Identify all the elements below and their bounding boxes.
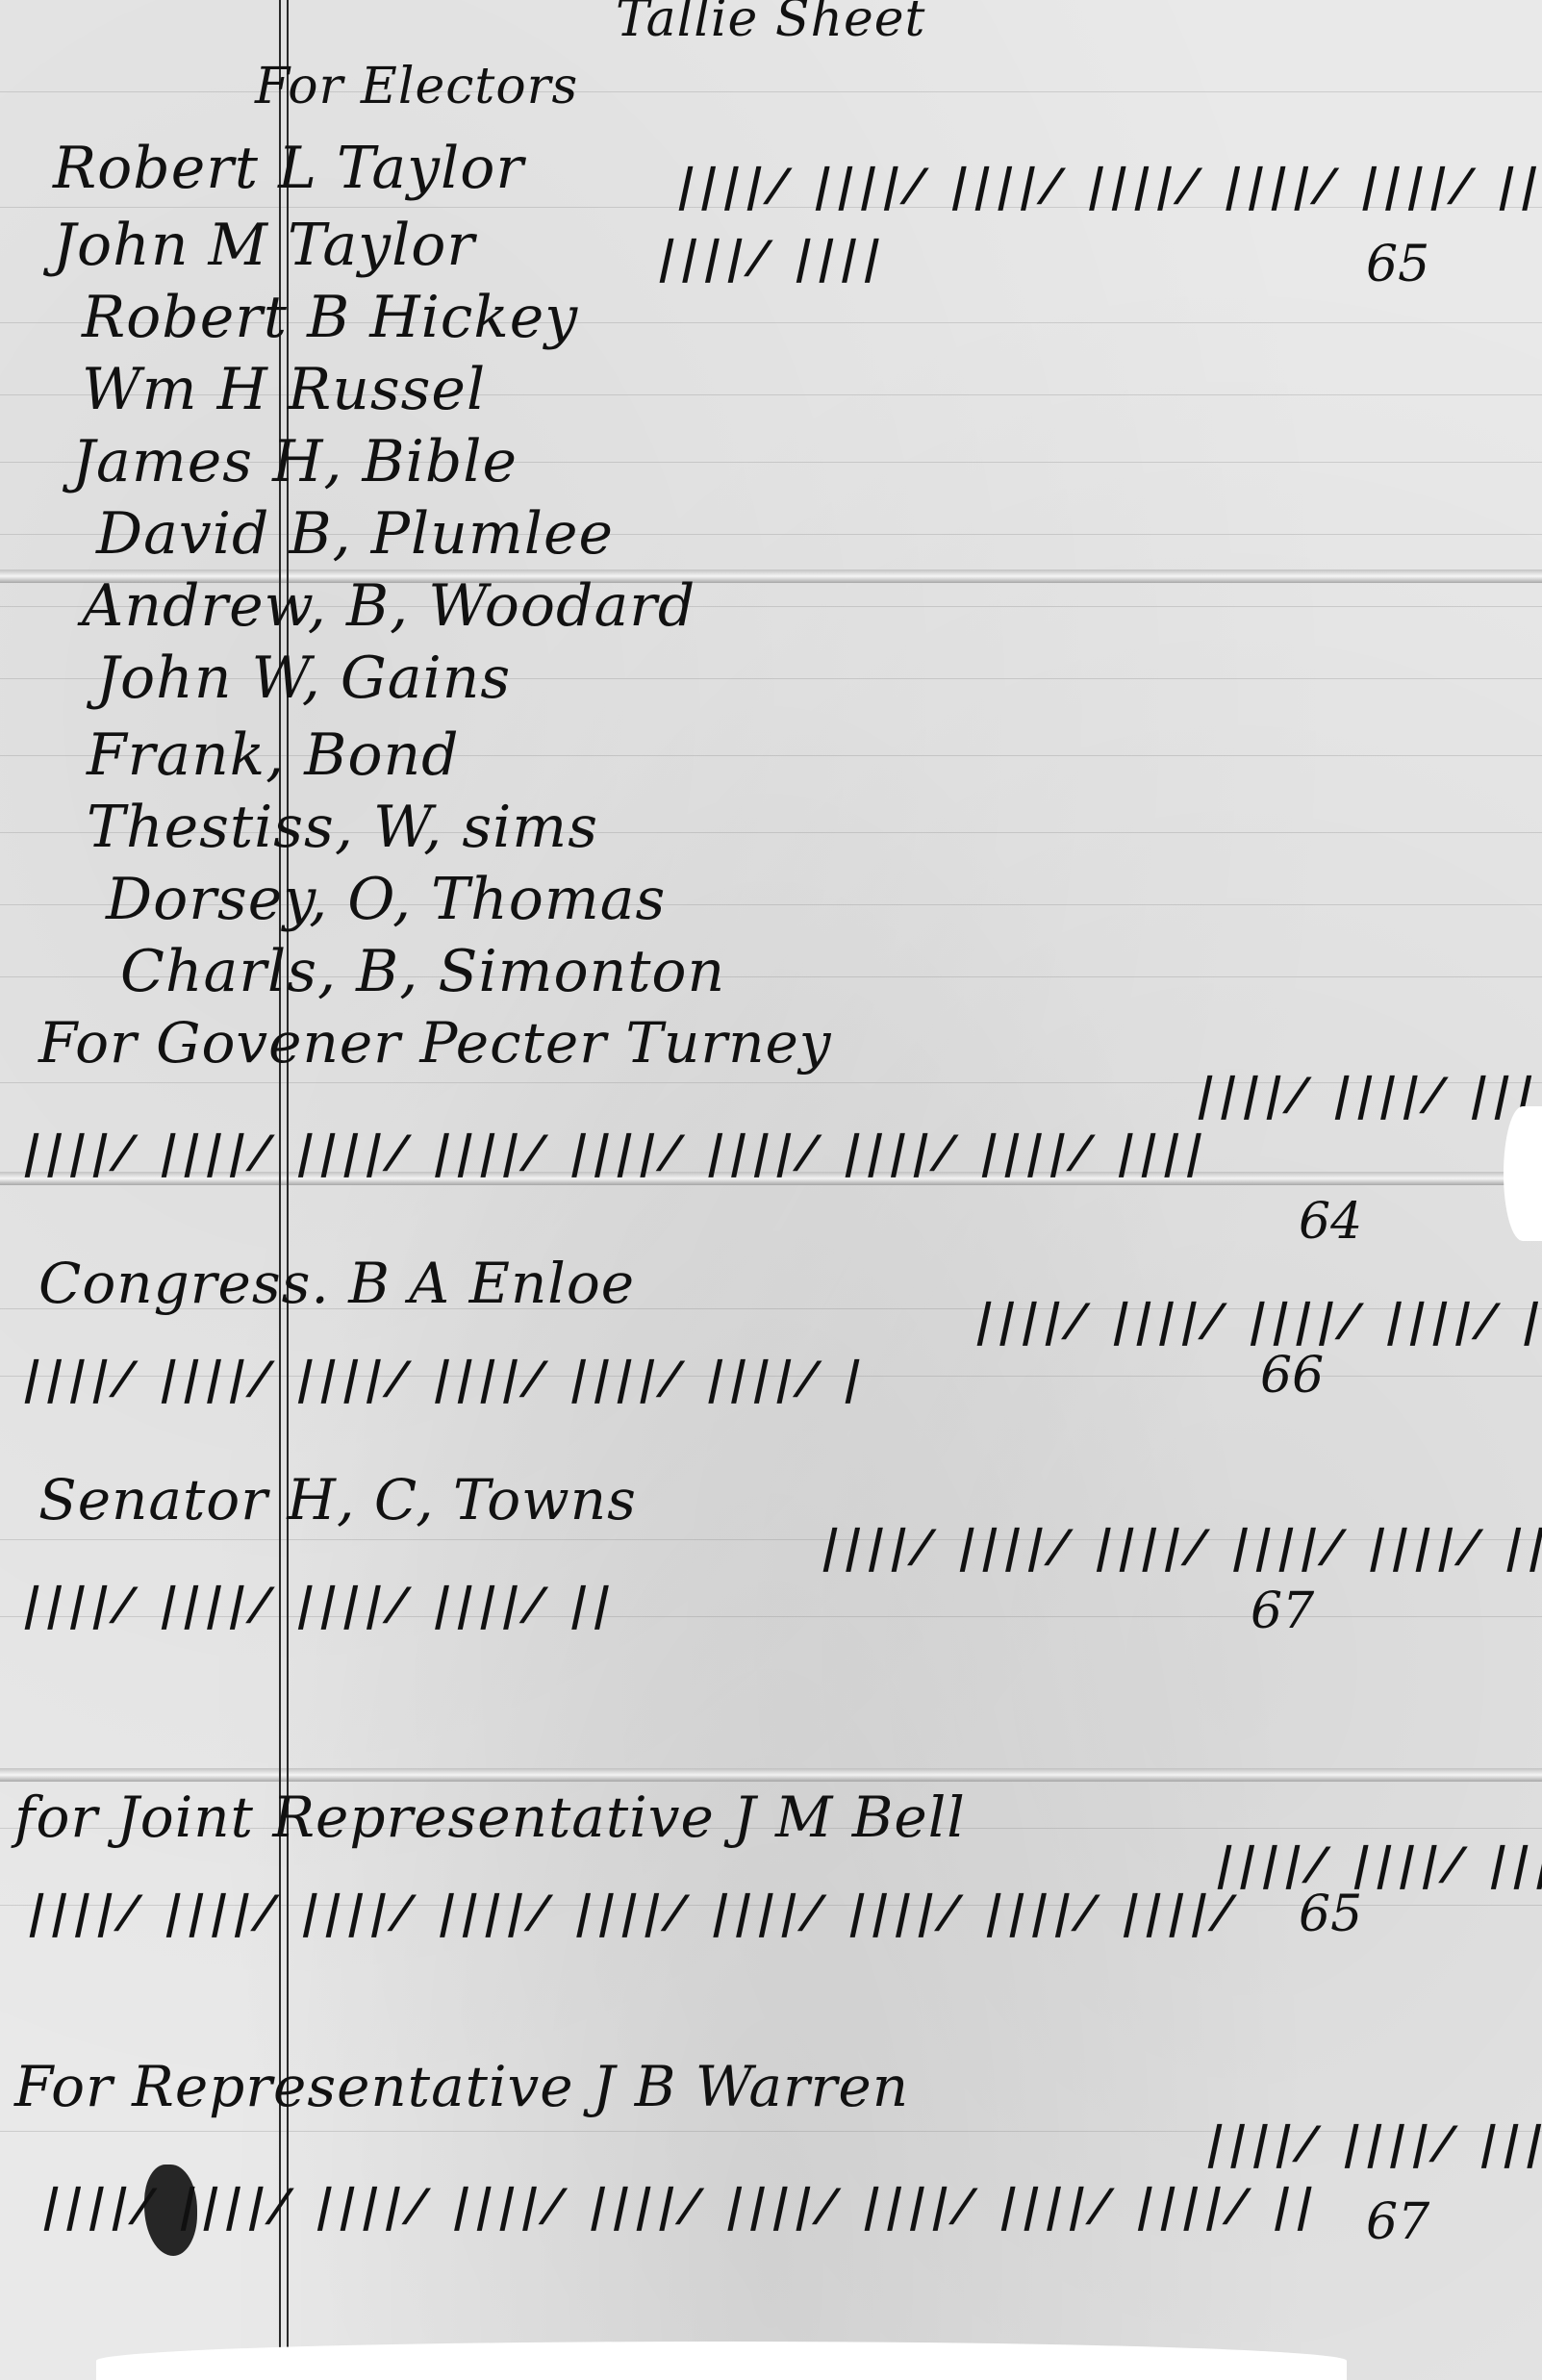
race-total: 67 [1366,2193,1429,2251]
elector-name: Robert B Hickey [82,284,578,351]
torn-edge [96,2342,1347,2380]
race-label-governor: For Govener Pecter Turney [38,1010,832,1076]
electors-heading: For Electors [255,58,578,115]
elector-name: John M Taylor [53,212,475,279]
elector-name: Frank, Bond [87,722,460,789]
race-tally: ||||/ ||||/ ||||/ ||||/ ||||/ ||||/ | [13,1352,868,1404]
elector-tally: ||||/ |||| [648,231,887,283]
race-total: 64 [1299,1193,1362,1251]
ink-blot [144,2165,197,2256]
paper-fold [0,1768,1542,1782]
sheet-title: Tallie Sheet [616,0,925,48]
elector-name: Dorsey, O, Thomas [106,866,666,933]
race-label-representative: For Representative J B Warren [14,2054,909,2119]
elector-name: Charls, B, Simonton [120,938,725,1005]
elector-name: David B, Plumlee [96,500,614,568]
race-tally: ||||/ ||||/ ||||/ ||||/ || [13,1578,618,1630]
elector-name: Thestiss, W, sims [87,794,598,861]
elector-name: Robert L Taylor [53,135,524,202]
elector-name: James H, Bible [72,428,518,495]
race-tally: ||||/ ||||/ ||||/ ||||/ [1206,1837,1542,1889]
elector-name: Wm H Russel [82,356,486,423]
race-label-congress: Congress. B A Enloe [38,1251,635,1316]
race-tally: ||||/ ||||/ ||||/ ||||/ ||||/ ||||/ ||||… [812,1520,1542,1572]
elector-total: 65 [1366,236,1429,293]
elector-tally: ||||/ ||||/ ||||/ ||||/ ||||/ ||||/ ||||… [668,159,1542,211]
race-tally: ||||/ ||||/ ||||/ ||||/ ||||/ ||||/ ||||… [13,1126,1210,1177]
race-tally: ||||/ ||||/ ||||/ ||||/ [1197,2116,1542,2168]
race-tally: ||||/ ||||/ ||||/ ||||/ ||||/ ||||/ ||||… [966,1294,1542,1346]
torn-edge [1504,1106,1542,1241]
tally-sheet-page: Tallie Sheet For Electors Robert L Taylo… [0,0,1542,2380]
race-total: 66 [1260,1347,1324,1405]
elector-name: John W, Gains [96,645,511,712]
race-tally: ||||/ ||||/ ||||/ | [1187,1068,1542,1120]
race-total: 67 [1251,1582,1314,1640]
race-total: 65 [1299,1886,1362,1943]
race-label-joint-representative: for Joint Representative J M Bell [14,1785,966,1850]
elector-name: Andrew, B, Woodard [82,572,695,640]
race-label-senator: Senator H, C, Towns [38,1467,637,1532]
race-tally: ||||/ ||||/ ||||/ ||||/ ||||/ ||||/ ||||… [33,2179,1320,2231]
race-tally: ||||/ ||||/ ||||/ ||||/ ||||/ ||||/ ||||… [18,1886,1237,1937]
